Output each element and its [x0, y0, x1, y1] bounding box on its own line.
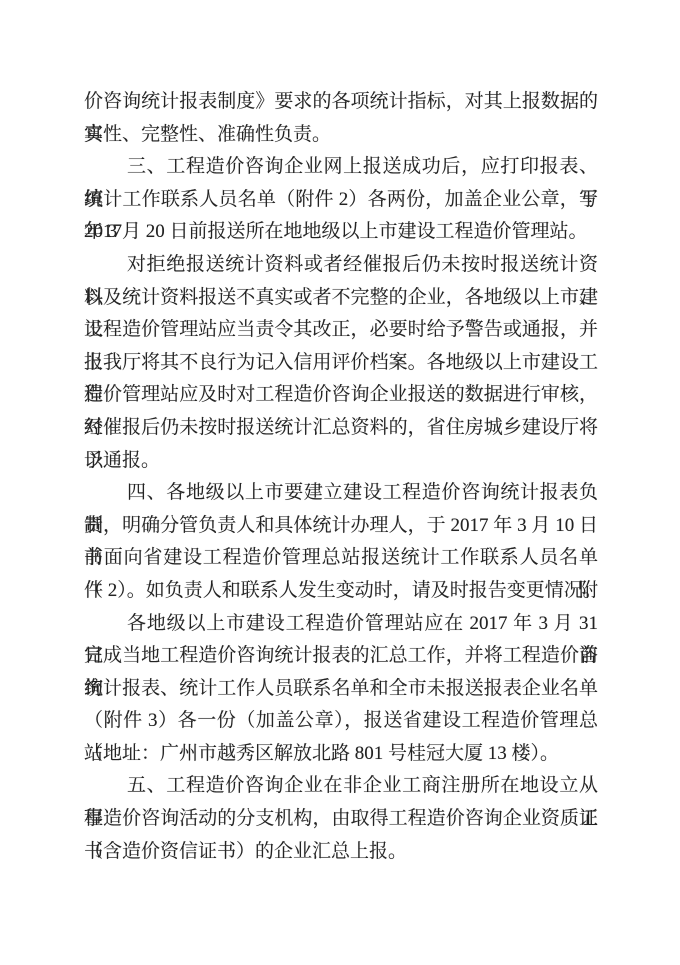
- text-line: 实性、完整性、准确性负责。: [84, 119, 598, 152]
- text-line: 报我厅将其不良行为记入信用评价档案。各地级以上市建设工程: [84, 347, 598, 380]
- text-line: 五、工程造价咨询企业在非企业工商注册所在地设立从事工: [84, 770, 598, 803]
- text-line: 对拒绝报送统计资料或者经催报后仍未按时报送统计资料、: [84, 249, 598, 282]
- text-line: 三、工程造价咨询企业网上报送成功后，应打印报表、填写: [84, 151, 598, 184]
- text-line: （附件 3）各一份（加盖公章），报送省建设工程造价管理总站: [84, 705, 598, 738]
- text-line: 以及统计资料报送不真实或者不完整的企业，各地级以上市建设: [84, 282, 598, 315]
- text-line: 制，明确分管负责人和具体统计办理人，于 2017 年 3 月 10 日前: [84, 510, 598, 543]
- text-line: （含造价资信证书）的企业汇总上报。: [84, 836, 598, 869]
- text-line: 年 3 月 20 日前报送所在地地级以上市建设工程造价管理站。: [84, 216, 598, 249]
- text-line: 统计工作联系人员名单（附件 2）各两份，加盖企业公章，于 2017: [84, 184, 598, 217]
- text-line: 工程造价管理站应当责令其改正，必要时给予警告或通报，并上: [84, 314, 598, 347]
- text-line: 造价管理站应及时对工程造价咨询企业报送的数据进行审核，对: [84, 379, 598, 412]
- document-page: 价咨询统计报表制度》要求的各项统计指标，对其上报数据的真 实性、完整性、准确性负…: [0, 0, 680, 965]
- document-text-block: 价咨询统计报表制度》要求的各项统计指标，对其上报数据的真 实性、完整性、准确性负…: [84, 86, 598, 868]
- text-line: 价咨询统计报表制度》要求的各项统计指标，对其上报数据的真: [84, 86, 598, 119]
- text-line: 书面向省建设工程造价管理总站报送统计工作联系人员名单（附: [84, 542, 598, 575]
- text-line: 经催报后仍未按时报送统计汇总资料的，省住房城乡建设厅将予: [84, 412, 598, 445]
- text-line: 以通报。: [84, 445, 598, 478]
- text-line: 统计报表、统计工作人员联系名单和全市未报送报表企业名单: [84, 673, 598, 706]
- text-line: 四、各地级以上市要建立建设工程造价咨询统计报表负责: [84, 477, 598, 510]
- text-line: 完成当地工程造价咨询统计报表的汇总工作，并将工程造价咨询: [84, 640, 598, 673]
- text-line: 各地级以上市建设工程造价管理站应在 2017 年 3 月 31 日前: [84, 608, 598, 641]
- text-line: （地址：广州市越秀区解放北路 801 号桂冠大厦 13 楼）。: [84, 738, 598, 771]
- text-line: 程造价咨询活动的分支机构，由取得工程造价咨询企业资质证书: [84, 803, 598, 836]
- text-line: 件 2）。如负责人和联系人发生变动时，请及时报告变更情况。: [84, 575, 598, 608]
